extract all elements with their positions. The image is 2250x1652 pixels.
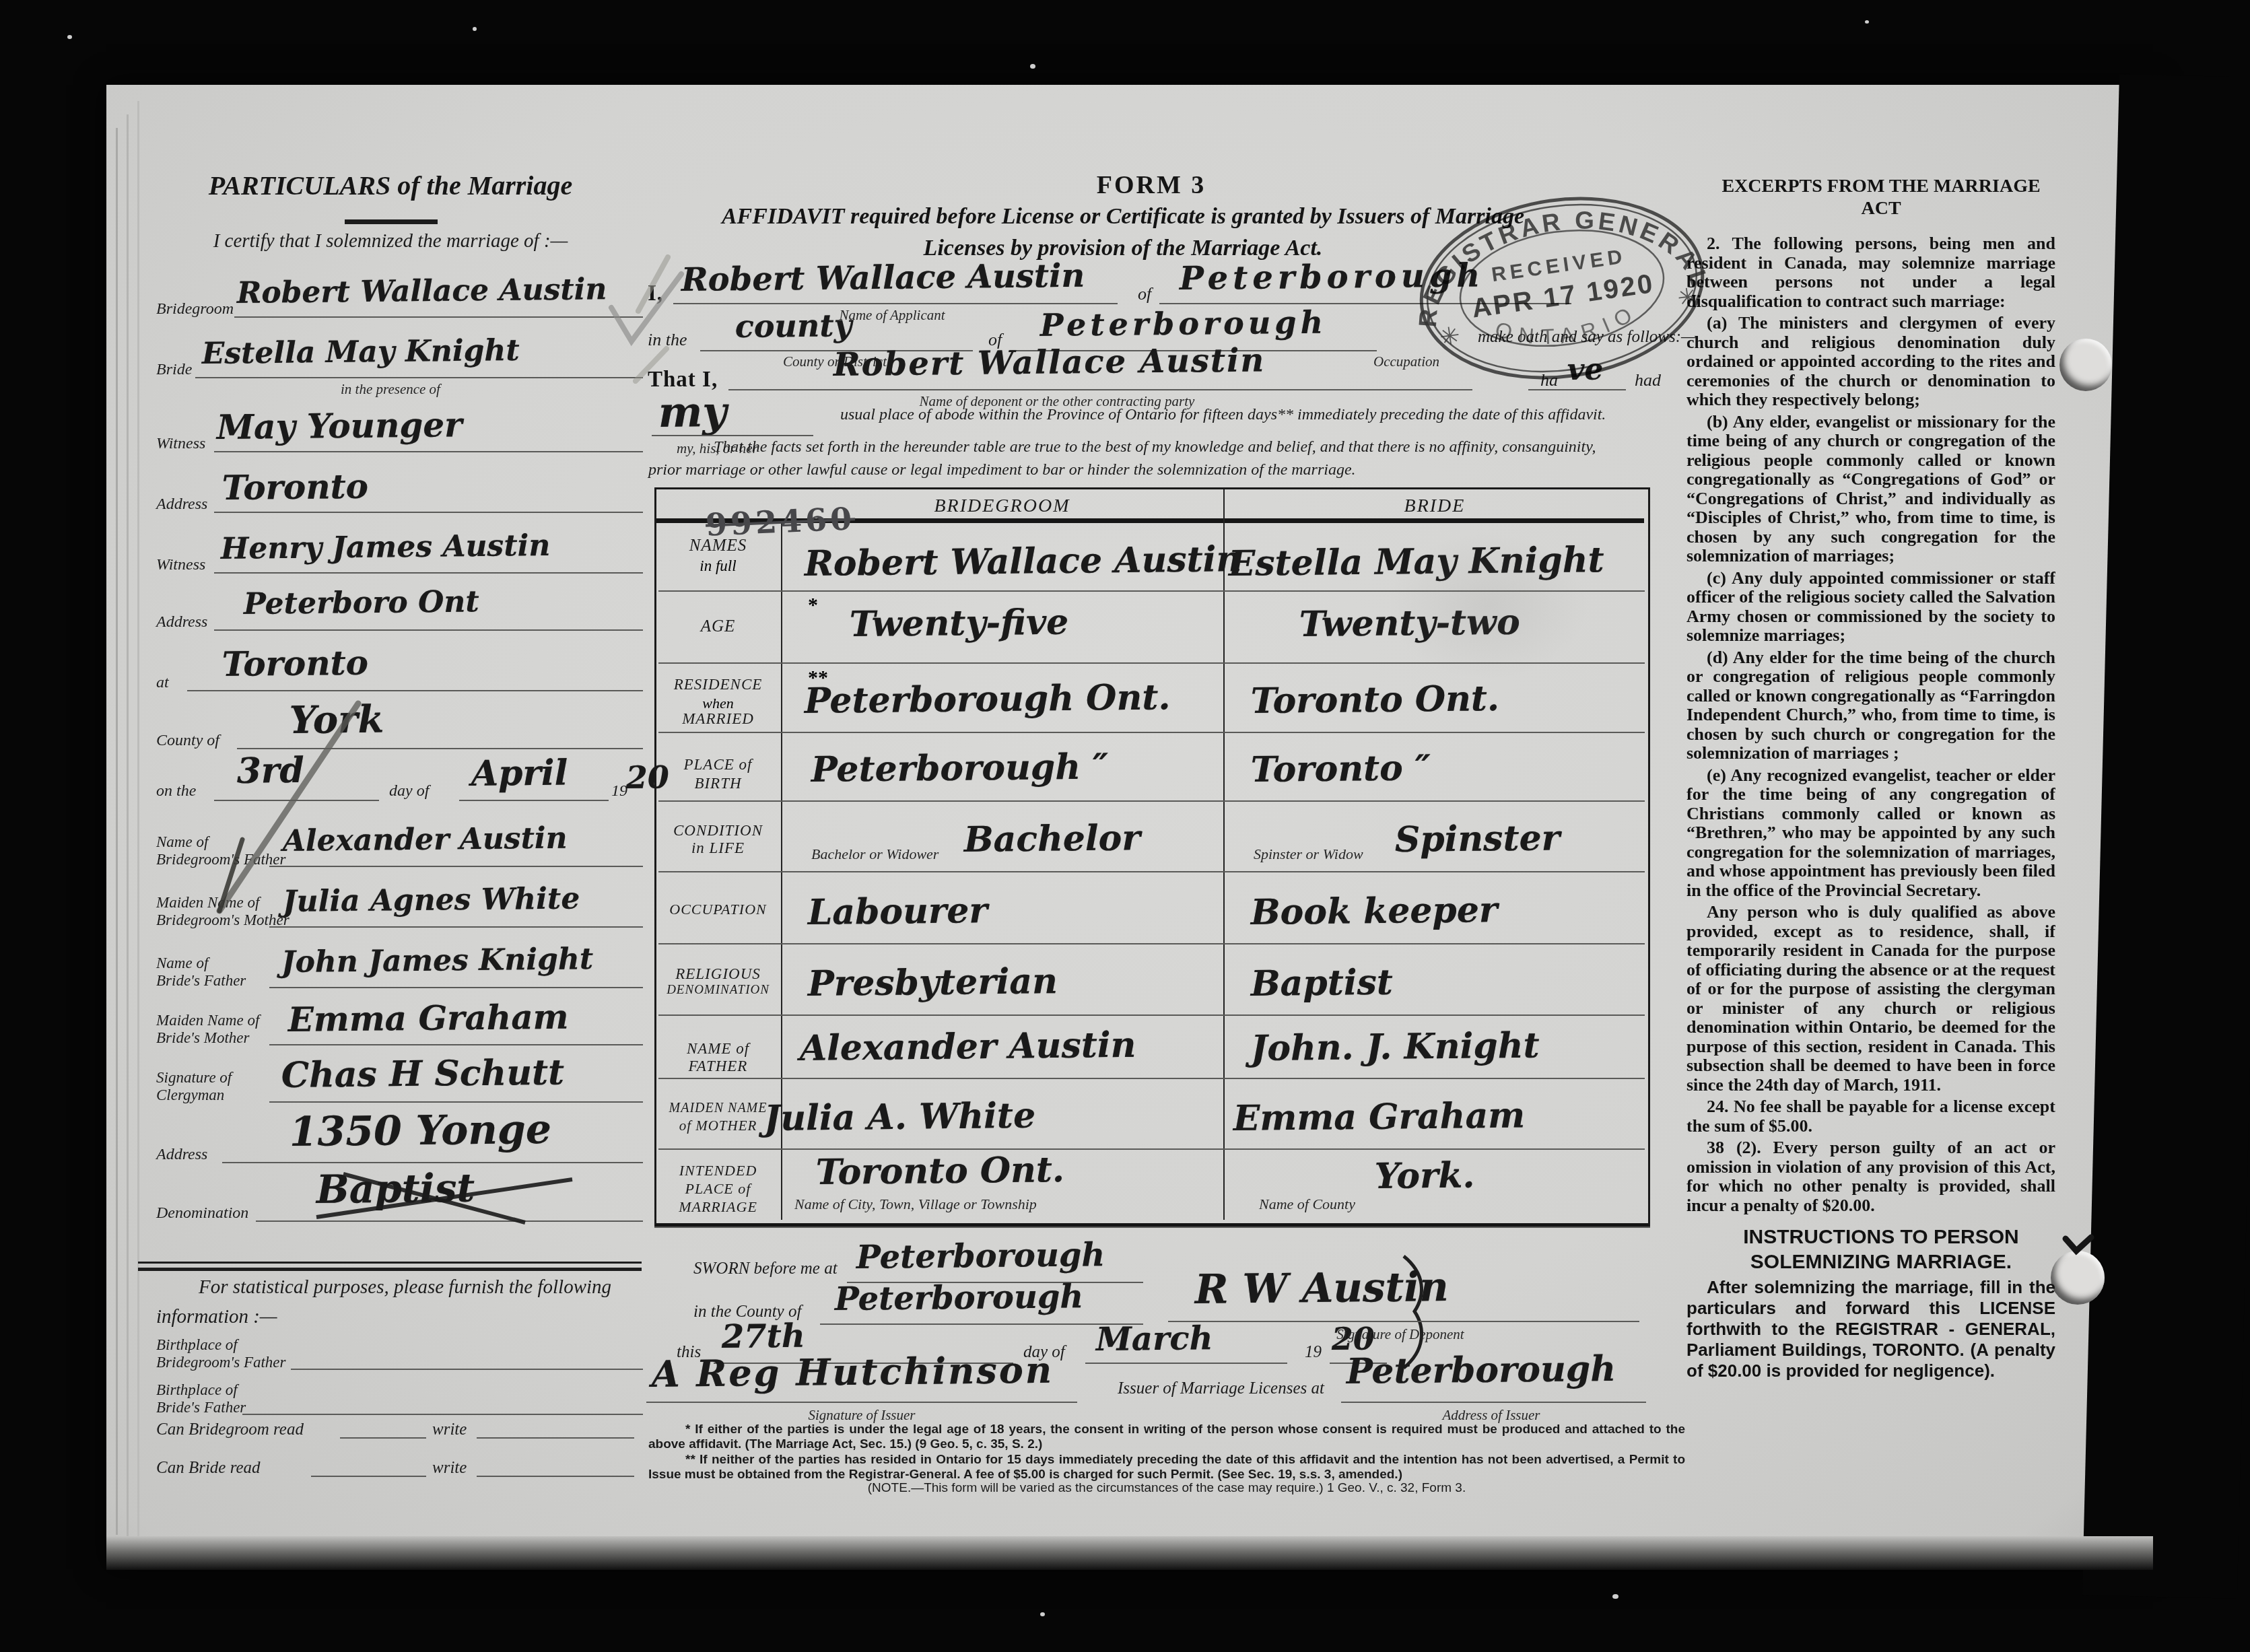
bride-column-header: BRIDE	[1223, 495, 1646, 517]
witness2-value: Henry James Austin	[221, 531, 551, 564]
occupation-groom: Labourer	[807, 893, 988, 930]
certify-line: I certify that I solemnized the marriage…	[189, 230, 592, 252]
dust-speck	[1612, 1594, 1618, 1599]
row-label-names2: in full	[656, 557, 780, 575]
address3-value: 1350 Yonge	[289, 1109, 551, 1152]
issuer-address: Peterborough	[1346, 1352, 1616, 1389]
facts-line2: prior marriage or other lawful cause or …	[648, 462, 1356, 478]
applicant-line	[673, 303, 1118, 304]
embossed-seal-impression	[1387, 532, 1589, 680]
svg-text:✳: ✳	[1438, 322, 1462, 351]
bride-mother-label1: Maiden Name of	[156, 1012, 259, 1029]
excerpts-title-line2: ACT	[1686, 197, 2055, 219]
row-label-birth1: PLACE of	[656, 757, 780, 772]
clergyman-signature: Chas H Schutt	[281, 1056, 564, 1093]
dust-speck	[1040, 1612, 1045, 1616]
on-the-label: on the	[156, 782, 196, 800]
row-line-mother	[658, 1148, 1645, 1150]
punch-hole	[2051, 1251, 2105, 1305]
father-bride: John. J. Knight	[1250, 1029, 1539, 1066]
year-printed: 19	[611, 782, 627, 800]
mother-groom: Julia A. White	[763, 1099, 1035, 1136]
svg-text:✳: ✳	[1676, 283, 1699, 312]
of-label: of	[1138, 285, 1151, 303]
can-bridegroom-write-line	[477, 1437, 634, 1439]
residence-bride: Toronto Ont.	[1250, 681, 1499, 719]
bridegroom-label: Bridegroom	[156, 300, 234, 318]
excerpt-clause-d: (d) Any elder for the time being of the …	[1686, 648, 2055, 763]
address-of-issuer-label: Address of Issuer	[1390, 1408, 1592, 1422]
bride-father-label2: Bride's Father	[156, 972, 246, 990]
excerpt-section-24: 24. No fee shall be payable for a licens…	[1686, 1097, 2055, 1136]
deponent-name: Robert Wallace Austin	[833, 344, 1265, 381]
excerpt-clause-e: (e) Any recognized evangelist, teacher o…	[1686, 766, 2055, 901]
birthplace-groom-father-label2: Bridegroom's Father	[156, 1354, 286, 1371]
birthplace-bride-father-label1: Birthplace of	[156, 1381, 238, 1399]
row-label-mother1: MAIDEN NAME	[656, 1101, 780, 1115]
witness2-line	[214, 572, 643, 574]
row-label-age: AGE	[656, 618, 780, 635]
abode-text: usual place of abode within the Province…	[840, 407, 1606, 423]
page-stack-edge	[137, 101, 139, 1545]
can-bride-write-line	[477, 1476, 634, 1477]
religion-bride: Baptist	[1250, 965, 1393, 1002]
bride-mother-label2: Bride's Mother	[156, 1029, 249, 1047]
facts-line1: That the facts set forth in the hereunde…	[714, 439, 1596, 455]
row-line-father	[658, 1078, 1645, 1079]
sworn-month-line	[1085, 1363, 1287, 1364]
row-label-intended3: MARRIAGE	[656, 1200, 780, 1214]
bride-father-label1: Name of	[156, 955, 208, 972]
in-presence-of-label: in the presence of	[289, 382, 491, 397]
page-stack-edge	[127, 114, 129, 1542]
at-label: at	[156, 674, 169, 691]
occupation-bride: Book keeper	[1250, 893, 1497, 930]
month-value: April	[471, 755, 568, 792]
issuer-address-line	[1341, 1402, 1646, 1403]
pencil-tick-marks	[626, 249, 680, 390]
birthplace-groom-father-label1: Birthplace of	[156, 1336, 238, 1354]
religion-groom: Presbyterian	[807, 964, 1058, 1002]
sworn-before-label: SWORN before me at	[693, 1260, 838, 1277]
dust-speck	[1865, 20, 1869, 24]
statistics-heading-line2: information :—	[156, 1306, 277, 1328]
issuer-signature: A Reg Hutchinson	[651, 1352, 1054, 1392]
punch-hole	[2059, 339, 2112, 391]
address2-line	[214, 629, 643, 631]
denomination-label: Denomination	[156, 1204, 248, 1222]
had-label: had	[1635, 372, 1661, 389]
row-label-religion2: DENOMINATION	[656, 984, 780, 996]
row-line-religion	[658, 1014, 1645, 1016]
bachelor-widower-sublabel: Bachelor or Widower	[811, 847, 939, 862]
excerpts-title-line1: EXCERPTS FROM THE MARRIAGE	[1686, 175, 2055, 197]
birthplace-groom: Peterborough ″	[811, 749, 1108, 788]
bride-father-value: John James Knight	[281, 944, 594, 977]
witness-value: May Younger	[216, 408, 462, 444]
row-label-father2: FATHER	[656, 1058, 780, 1074]
form-number: FORM 3	[1050, 170, 1252, 200]
county-sublabel: Name of County	[1259, 1197, 1355, 1212]
instructions-paragraph: After solemnizing the marriage, fill in …	[1686, 1277, 2055, 1381]
groom-mother-line	[269, 926, 643, 928]
footnote-consent: * If either of the parties is under the …	[648, 1422, 1685, 1452]
sworn-county-line	[820, 1323, 1143, 1325]
scanned-document-page: PARTICULARS of the Marriage I certify th…	[0, 0, 2250, 1652]
excerpt-section-2: 2. The following persons, being men and …	[1686, 234, 2055, 311]
dust-speck	[1030, 64, 1035, 69]
row-label-father1: NAME of	[656, 1041, 780, 1056]
at-line	[187, 690, 643, 691]
bride-mother-value: Emma Graham	[287, 1000, 568, 1037]
dust-speck	[473, 27, 477, 31]
bride-label: Bride	[156, 361, 192, 378]
footnote-residency: ** If neither of the parties has resided…	[648, 1453, 1685, 1482]
can-bride-read-label: Can Bride read	[156, 1459, 261, 1478]
sworn-county: Peterborough	[834, 1280, 1083, 1315]
have-line	[1528, 389, 1626, 390]
can-bridegroom-write-label: write	[432, 1420, 467, 1439]
instructions-title-line2: SOLEMNIZING MARRIAGE.	[1686, 1249, 2055, 1274]
row-label-condition1: CONDITION	[656, 823, 780, 838]
city-town-sublabel: Name of City, Town, Village or Township	[794, 1197, 1037, 1212]
footnote-marker-1: *	[808, 594, 818, 617]
excerpt-residence-paragraph: Any person who is duly qualified as abov…	[1686, 903, 2055, 1095]
pencil-slash-and-check	[202, 697, 377, 919]
row-line-residence	[658, 732, 1645, 733]
row-label-mother2: of MOTHER	[656, 1119, 780, 1133]
bridegroom-line	[234, 316, 643, 318]
deponent-line	[728, 389, 1472, 390]
deponent-signature-line	[1168, 1321, 1639, 1322]
deponent-signature: R W Austin	[1194, 1267, 1449, 1310]
statistics-divider-rule	[138, 1262, 642, 1271]
table-bottom-thin-rule	[654, 1227, 1650, 1228]
excerpt-clause-a: (a) The ministers and clergymen of every…	[1686, 314, 2055, 410]
spinster-widow-sublabel: Spinster or Widow	[1254, 847, 1363, 862]
row-label-intended1: INTENDED	[656, 1163, 780, 1178]
ink-tick-above-hole	[2061, 1231, 2095, 1258]
birthplace-bride-father-line	[242, 1414, 643, 1415]
title-rule	[345, 219, 438, 224]
intended-place-groom: Toronto Ont.	[815, 1152, 1064, 1190]
can-bride-write-label: write	[432, 1459, 467, 1478]
particulars-title: PARTICULARS of the Marriage	[195, 170, 586, 201]
sworn-month: March	[1095, 1322, 1213, 1356]
witness-line	[214, 451, 643, 452]
my-handwritten: my	[658, 391, 726, 434]
month-line	[459, 800, 609, 801]
row-label-birth2: BIRTH	[656, 776, 780, 791]
mother-bride: Emma Graham	[1233, 1098, 1525, 1136]
names-groom: Robert Wallace Austin	[804, 542, 1241, 582]
sworn-year-printed: 19	[1305, 1344, 1322, 1361]
clergyman-label2: Clergyman	[156, 1087, 224, 1104]
row-label-residence3: MARRIED	[656, 711, 780, 726]
address2-label: Address	[156, 613, 207, 631]
day-of-label: day of	[389, 782, 429, 800]
signature-of-issuer-label: Signature of Issuer	[761, 1408, 963, 1422]
table-mid-divider	[1223, 489, 1225, 1220]
dust-speck	[67, 35, 72, 39]
clergyman-label1: Signature of	[156, 1069, 232, 1087]
county-hw: county	[735, 310, 852, 342]
condition-bride: Spinster	[1394, 821, 1560, 858]
address3-line	[222, 1162, 643, 1163]
intended-place-bride: York.	[1374, 1158, 1474, 1194]
issuer-signature-line	[646, 1402, 1077, 1403]
excerpt-section-38: 38 (2). Every person guilty of an act or…	[1686, 1138, 2055, 1215]
footnote-note: (NOTE.—This form will be varied as the c…	[648, 1481, 1685, 1496]
applicant-name: Robert Wallace Austin	[681, 260, 1085, 296]
row-line-condition	[658, 871, 1645, 872]
witness-label: Witness	[156, 435, 205, 452]
clergyman-line	[269, 1101, 643, 1103]
issuer-of-licenses-label: Issuer of Marriage Licenses at	[1118, 1380, 1324, 1397]
bride-father-line	[269, 987, 643, 988]
row-label-names: NAMES	[656, 537, 780, 554]
witness2-label: Witness	[156, 556, 205, 574]
can-bridegroom-read-line	[340, 1437, 426, 1439]
sworn-day: 27th	[721, 1320, 805, 1353]
sworn-place: Peterborough	[856, 1239, 1105, 1274]
groom-father-label1: Name of	[156, 833, 208, 851]
can-bridegroom-read-label: Can Bridegroom read	[156, 1420, 304, 1439]
row-label-intended2: PLACE of	[656, 1181, 780, 1196]
signature-of-deponent-label: Signature of Deponent	[1299, 1328, 1501, 1342]
row-label-residence: RESIDENCE	[656, 677, 780, 692]
row-label-religion1: RELIGIOUS	[656, 966, 780, 982]
address-label: Address	[156, 495, 207, 513]
residence-groom: Peterborough Ont.	[804, 680, 1170, 719]
row-label-condition2: in LIFE	[656, 840, 780, 856]
birthplace-bride-father-label2: Bride's Father	[156, 1399, 246, 1416]
address-line	[214, 512, 643, 513]
excerpts-column: EXCERPTS FROM THE MARRIAGE ACT 2. The fo…	[1686, 175, 2055, 1563]
page-stack-edge	[116, 128, 118, 1535]
address2-value: Peterboro Ont	[244, 587, 479, 619]
at-value: Toronto	[221, 646, 368, 681]
address3-label: Address	[156, 1146, 207, 1163]
my-line	[652, 435, 813, 436]
address-value: Toronto	[221, 470, 368, 505]
bridegroom-value: Robert Wallace Austin	[237, 275, 607, 308]
excerpt-clause-c: (c) Any duly appointed commissioner or s…	[1686, 569, 2055, 646]
bride-mother-line	[269, 1044, 643, 1045]
bride-line	[195, 377, 643, 378]
statistics-heading-line1: For statistical purposes, please furnish…	[199, 1276, 611, 1299]
birthplace-groom-father-line	[291, 1369, 643, 1370]
birthplace-bride: Toronto ″	[1250, 751, 1431, 788]
strike-out-x	[303, 1165, 586, 1232]
can-bride-read-line	[311, 1476, 426, 1477]
condition-groom: Bachelor	[963, 821, 1140, 858]
age-groom: Twenty-five	[849, 605, 1068, 642]
row-label-occupation: OCCUPATION	[656, 902, 780, 917]
instructions-title-line1: INSTRUCTIONS TO PERSON	[1686, 1225, 2055, 1249]
district-hw: Peterborough	[1040, 307, 1328, 341]
row-line-occupation	[658, 943, 1645, 944]
excerpt-clause-b: (b) Any elder, evangelist or missionary …	[1686, 413, 2055, 566]
row-line-birth	[658, 800, 1645, 802]
father-groom: Alexander Austin	[799, 1028, 1136, 1066]
bride-value: Estella May Knight	[202, 336, 520, 369]
